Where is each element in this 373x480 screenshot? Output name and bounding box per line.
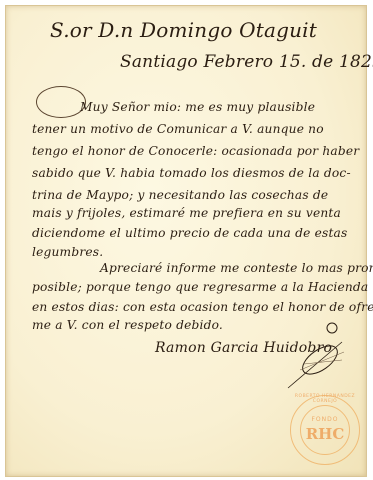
body-line: mais y frijoles, estimaré me prefiera en… xyxy=(32,206,341,220)
body-line: trina de Maypo; y necesitando las cosech… xyxy=(32,188,328,202)
addressee-line: S.or D.n Domingo Otaguit xyxy=(50,18,317,42)
stamp-ring-text: ROBERTO HERNANDEZ CORNEJO xyxy=(291,394,359,404)
body-line: Apreciaré informe me conteste lo mas pro… xyxy=(100,261,373,275)
stamp-label: FONDO xyxy=(301,416,349,423)
body-line: posible; porque tengo que regresarme a l… xyxy=(32,280,368,294)
stamp-monogram: RHC xyxy=(301,425,349,443)
body-line: tener un motivo de Comunicar a V. aunque… xyxy=(32,122,324,136)
body-line: Muy Señor mio: me es muy plausible xyxy=(80,100,315,114)
archive-stamp: ROBERTO HERNANDEZ CORNEJO FONDO RHC xyxy=(290,395,360,465)
body-line: tengo el honor de Conocerle: ocasionada … xyxy=(32,144,359,158)
body-line: diciendome el ultimo precio de cada una … xyxy=(32,226,347,240)
body-line: legumbres. xyxy=(32,245,103,259)
date-line: Santiago Febrero 15. de 1829. xyxy=(120,52,373,72)
body-line: me a V. con el respeto debido. xyxy=(32,318,223,332)
body-line: sabido que V. habia tomado los diesmos d… xyxy=(32,166,351,180)
rubric-flourish-icon xyxy=(286,320,346,390)
stamp-inner-ring: FONDO RHC xyxy=(300,405,350,455)
salutation-flourish-icon xyxy=(36,86,86,118)
body-line: en estos dias: con esta ocasion tengo el… xyxy=(32,300,373,314)
